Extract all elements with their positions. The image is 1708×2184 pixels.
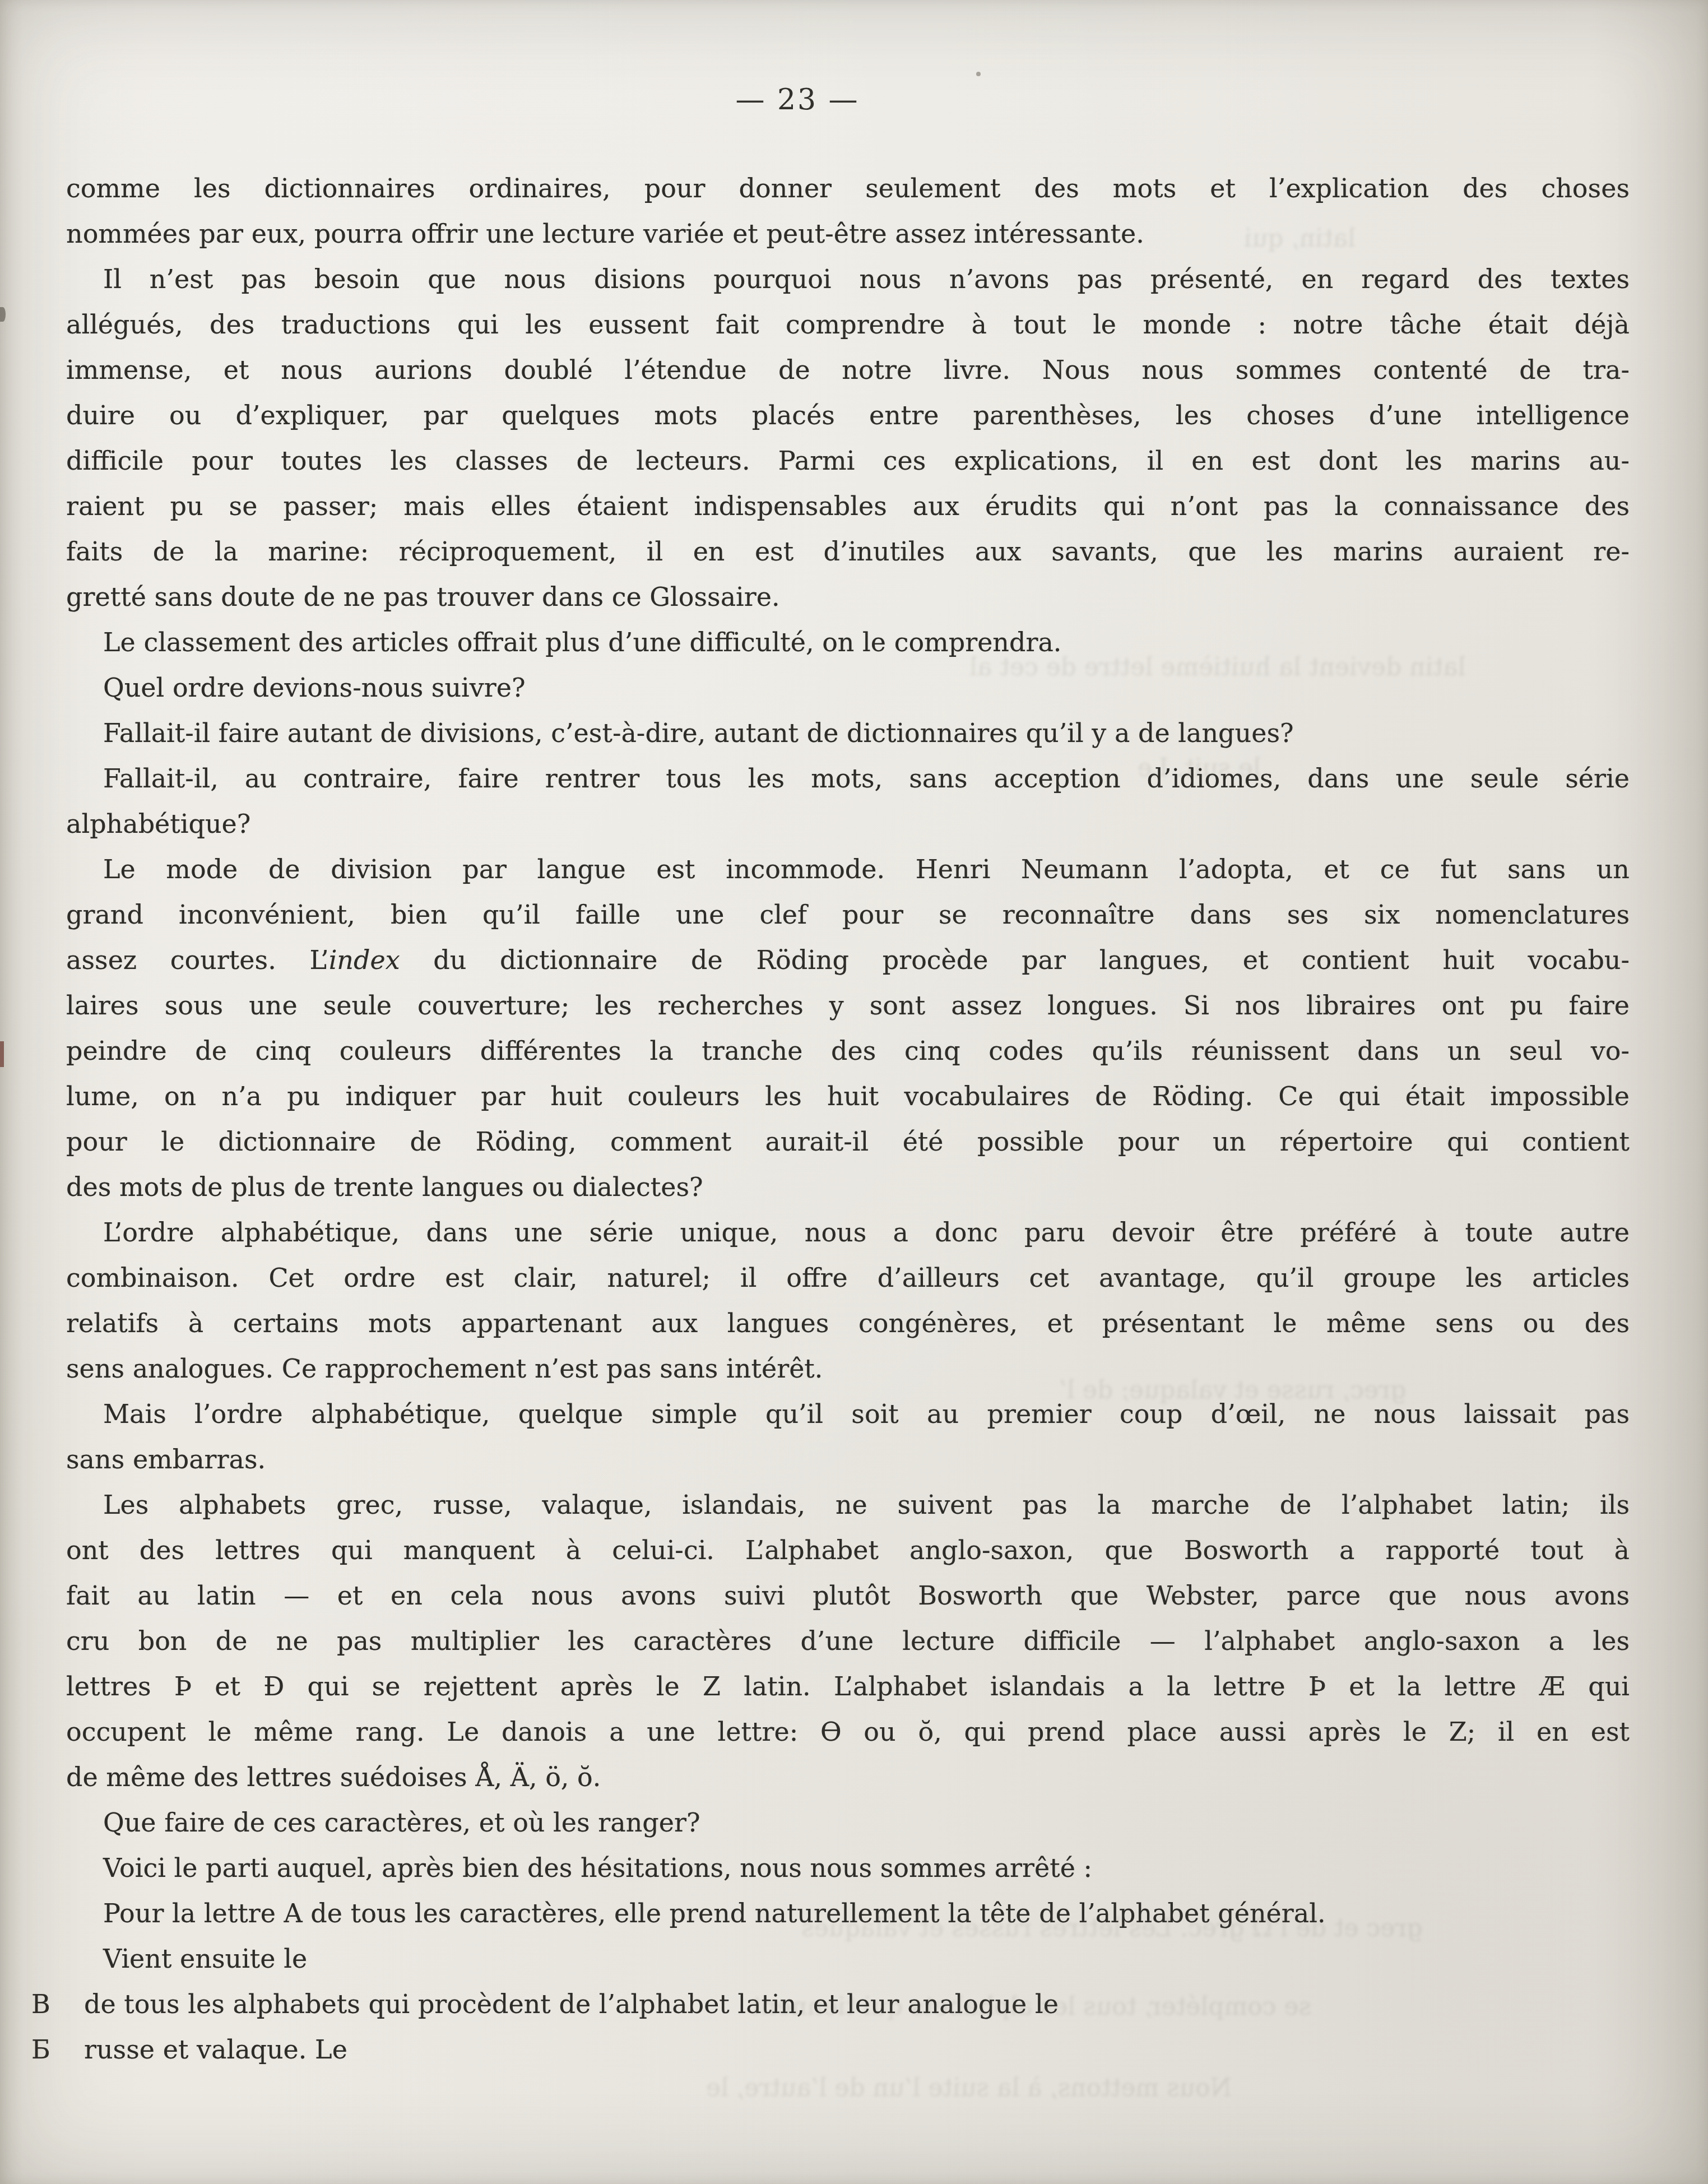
text-line: pour le dictionnaire de Röding, comment … [66,1119,1630,1165]
text-run: Le classement des articles offrait plus … [103,627,1061,657]
text-line: lume, on n’a pu indiquer par huit couleu… [66,1074,1630,1119]
text-line: Les alphabets grec, russe, valaque, isla… [66,1482,1630,1528]
text-run: Que faire de ces caractères, et où les r… [103,1807,700,1838]
text-line: nommées par eux, pourra offrir une lectu… [66,211,1630,257]
text-line: comme les dictionnaires ordinaires, pour… [66,166,1630,211]
paragraph: Voici le parti auquel, après bien des hé… [66,1845,1630,1891]
text-line: Le mode de division par langue est incom… [66,847,1630,892]
text-run: du dictionnaire de Röding procède par la… [400,945,1630,975]
paragraph: comme les dictionnaires ordinaires, pour… [66,166,1630,257]
text-line: Quel ordre devions-nous suivre? [66,665,1630,711]
text-line: sans embarras. [66,1437,1630,1482]
text-line: Voici le parti auquel, après bien des hé… [66,1845,1630,1891]
bleed-through-text: Nous mettons, à la suite l’un de l’autre… [706,2074,1232,2102]
text-run: faits de la marine: réciproquement, il e… [66,536,1630,567]
text-run: russe et valaque. Le [84,2034,347,2065]
text-line: alphabétique? [66,801,1630,847]
text-line: gretté sans doute de ne pas trouver dans… [66,574,1630,620]
text-line: grand inconvénient, bien qu’il faille un… [66,892,1630,938]
text-line: Fallait-il faire autant de divisions, c’… [66,711,1630,756]
text-run: lume, on n’a pu indiquer par huit couleu… [66,1081,1630,1111]
text-run: gretté sans doute de ne pas trouver dans… [66,582,780,612]
text-run: Le mode de division par langue est incom… [103,854,1630,884]
edge-mark [0,307,6,322]
text-run: de tous les alphabets qui procèdent de l… [84,1989,1059,2019]
text-line: immense, et nous aurions doublé l’étendu… [66,347,1630,393]
text-line: duire ou d’expliquer, par quelques mots … [66,393,1630,438]
text-run: nommées par eux, pourra offrir une lectu… [66,219,1144,249]
paragraph: Il n’est pas besoin que nous disions pou… [66,257,1630,620]
text-run: de même des lettres suédoises Å, Ä, ö, ŏ… [66,1762,601,1792]
text-run: combinaison. Cet ordre est clair, nature… [66,1263,1630,1293]
text-run: des mots de plus de trente langues ou di… [66,1172,703,1202]
paragraph: Бrusse et valaque. Le [66,2027,1630,2072]
text-block: comme les dictionnaires ordinaires, pour… [66,166,1630,2072]
text-line: difficile pour toutes les classes de lec… [66,438,1630,484]
text-line: Bde tous les alphabets qui procèdent de … [31,1982,1630,2027]
text-run: peindre de cinq couleurs différentes la … [66,1036,1630,1066]
text-run: raient pu se passer; mais elles étaient … [66,491,1630,521]
text-line: L’ordre alphabétique, dans une série uni… [66,1210,1630,1255]
text-run: Mais l’ordre alphabétique, quelque simpl… [103,1399,1630,1429]
paragraph: Le mode de division par langue est incom… [66,847,1630,1210]
text-line: des mots de plus de trente langues ou di… [66,1165,1630,1210]
text-run: sens analogues. Ce rapprochement n’est p… [66,1353,823,1384]
paragraph: L’ordre alphabétique, dans une série uni… [66,1210,1630,1392]
text-run: lettres Þ et Ð qui se rejettent après le… [66,1671,1630,1701]
text-run: Les alphabets grec, russe, valaque, isla… [103,1490,1630,1520]
text-run: immense, et nous aurions doublé l’étendu… [66,355,1630,385]
text-line: raient pu se passer; mais elles étaient … [66,484,1630,529]
text-run: alphabétique? [66,809,250,839]
text-run: difficile pour toutes les classes de lec… [66,446,1630,476]
text-run: laires sous une seule couverture; les re… [66,990,1630,1021]
text-line: cru bon de ne pas multiplier les caractè… [66,1619,1630,1664]
text-line: Pour la lettre A de tous les caractères,… [66,1891,1630,1936]
paragraph: Quel ordre devions-nous suivre? [66,665,1630,711]
paragraph: Mais l’ordre alphabétique, quelque simpl… [66,1392,1630,1482]
text-line: lettres Þ et Ð qui se rejettent après le… [66,1664,1630,1709]
text-run: comme les dictionnaires ordinaires, pour… [66,173,1630,203]
text-run: pour le dictionnaire de Röding, comment … [66,1126,1630,1157]
paragraph: Fallait-il, au contraire, faire rentrer … [66,756,1630,847]
edge-mark [0,1041,4,1067]
text-line: laires sous une seule couverture; les re… [66,983,1630,1028]
text-run: Voici le parti auquel, après bien des hé… [103,1853,1092,1883]
text-line: faits de la marine: réciproquement, il e… [66,529,1630,574]
paragraph: Vient ensuite le [66,1936,1630,1982]
text-line: Que faire de ces caractères, et où les r… [66,1800,1630,1845]
text-run: occupent le même rang. Le danois a une l… [66,1717,1630,1747]
paragraph: Pour la lettre A de tous les caractères,… [66,1891,1630,1936]
scanned-book-page: — 23 — comme les dictionnaires ordinaire… [0,0,1708,2184]
text-run: Pour la lettre A de tous les caractères,… [103,1898,1326,1928]
text-run: Quel ordre devions-nous suivre? [103,673,526,703]
text-line: Fallait-il, au contraire, faire rentrer … [66,756,1630,801]
text-run: L’ordre alphabétique, dans une série uni… [103,1217,1630,1248]
text-line: fait au latin — et en cela nous avons su… [66,1573,1630,1619]
text-line: Бrusse et valaque. Le [31,2027,1630,2072]
margin-letter: Б [31,2027,84,2072]
text-run: grand inconvénient, bien qu’il faille un… [66,899,1630,930]
text-run: ont des lettres qui manquent à celui-ci.… [66,1535,1630,1565]
text-run: Fallait-il faire autant de divisions, c’… [103,718,1294,748]
text-line: peindre de cinq couleurs différentes la … [66,1028,1630,1074]
paragraph: Fallait-il faire autant de divisions, c’… [66,711,1630,756]
page-number: — 23 — [0,83,1595,117]
text-run: relatifs à certains mots appartenant aux… [66,1308,1630,1338]
text-run: assez courtes. L’ [66,945,329,975]
text-line: ont des lettres qui manquent à celui-ci.… [66,1528,1630,1573]
text-line: sens analogues. Ce rapprochement n’est p… [66,1346,1630,1392]
text-line: assez courtes. L’index du dictionnaire d… [66,938,1630,983]
paragraph: Le classement des articles offrait plus … [66,620,1630,665]
text-run: sans embarras. [66,1444,266,1474]
italic-text: index [329,945,400,975]
text-run: Vient ensuite le [103,1944,307,1974]
text-line: Vient ensuite le [66,1936,1630,1982]
text-line: de même des lettres suédoises Å, Ä, ö, ŏ… [66,1755,1630,1800]
text-line: combinaison. Cet ordre est clair, nature… [66,1255,1630,1301]
text-line: Le classement des articles offrait plus … [66,620,1630,665]
text-line: Il n’est pas besoin que nous disions pou… [66,257,1630,302]
text-run: duire ou d’expliquer, par quelques mots … [66,400,1630,430]
text-run: allégués, des traductions qui les eussen… [66,309,1630,340]
text-run: Fallait-il, au contraire, faire rentrer … [103,763,1630,794]
text-run: fait au latin — et en cela nous avons su… [66,1580,1630,1611]
text-line: allégués, des traductions qui les eussen… [66,302,1630,347]
paragraph: Bde tous les alphabets qui procèdent de … [66,1982,1630,2027]
text-line: occupent le même rang. Le danois a une l… [66,1709,1630,1755]
text-run: Il n’est pas besoin que nous disions pou… [103,264,1630,294]
text-line: relatifs à certains mots appartenant aux… [66,1301,1630,1346]
dust-speck [976,72,981,76]
paragraph: Les alphabets grec, russe, valaque, isla… [66,1482,1630,1800]
text-run: cru bon de ne pas multiplier les caractè… [66,1626,1630,1656]
margin-letter: B [31,1982,84,2027]
text-line: Mais l’ordre alphabétique, quelque simpl… [66,1392,1630,1437]
paragraph: Que faire de ces caractères, et où les r… [66,1800,1630,1845]
